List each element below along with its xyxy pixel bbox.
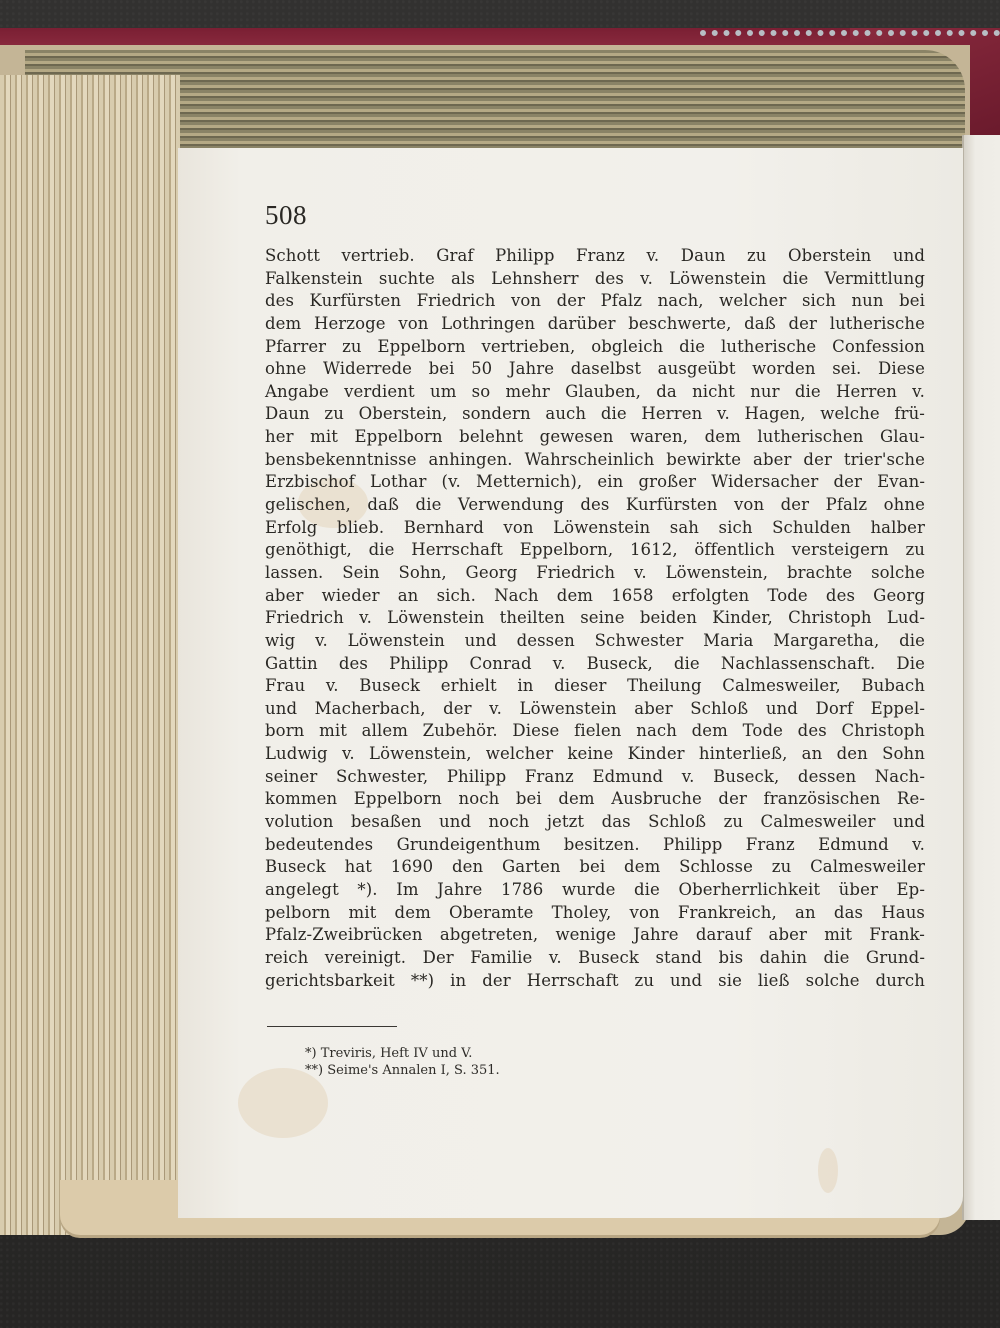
text-line: Ludwig v. Löwenstein, welcher keine Kind… (265, 743, 925, 766)
text-line: pelborn mit dem Oberamte Tholey, von Fra… (265, 902, 925, 925)
text-line: Schott vertrieb. Graf Philipp Franz v. D… (265, 245, 925, 268)
text-line: Pfalz-Zweibrücken abgetreten, wenige Jah… (265, 924, 925, 947)
text-line: aber wieder an sich. Nach dem 1658 erfol… (265, 585, 925, 608)
stain (818, 1148, 838, 1193)
text-line: kommen Eppelborn noch bei dem Ausbruche … (265, 788, 925, 811)
text-line: Pfarrer zu Eppelborn vertrieben, obgleic… (265, 336, 925, 359)
text-line: angelegt *). Im Jahre 1786 wurde die Obe… (265, 879, 925, 902)
page-text: 508 Schott vertrieb. Graf Philipp Franz … (265, 200, 925, 1079)
text-line: gelischen, daß die Verwendung des Kurfür… (265, 494, 925, 517)
text-line: des Kurfürsten Friedrich von der Pfalz n… (265, 290, 925, 313)
text-line: reich vereinigt. Der Familie v. Buseck s… (265, 947, 925, 970)
text-line: lassen. Sein Sohn, Georg Friedrich v. Lö… (265, 562, 925, 585)
text-line: her mit Eppelborn belehnt gewesen waren,… (265, 426, 925, 449)
page-edges-left (0, 75, 180, 1235)
text-line: bedeutendes Grundeigenthum besitzen. Phi… (265, 834, 925, 857)
text-line: Frau v. Buseck erhielt in dieser Theilun… (265, 675, 925, 698)
page-number: 508 (265, 200, 925, 231)
text-line: ohne Widerrede bei 50 Jahre daselbst aus… (265, 358, 925, 381)
footnote: *) Treviris, Heft IV und V. (305, 1045, 925, 1062)
text-line: Erfolg blieb. Bernhard von Löwenstein sa… (265, 517, 925, 540)
text-line: genöthigt, die Herrschaft Eppelborn, 161… (265, 539, 925, 562)
text-line: Angabe verdient um so mehr Glauben, da n… (265, 381, 925, 404)
text-line: dem Herzoge von Lothringen darüber besch… (265, 313, 925, 336)
text-line: volution besaßen und noch jetzt das Schl… (265, 811, 925, 834)
text-line: Erzbischof Lothar (v. Metternich), ein g… (265, 471, 925, 494)
text-line: seiner Schwester, Philipp Franz Edmund v… (265, 766, 925, 789)
footnote-rule (267, 1026, 397, 1027)
text-line: Buseck hat 1690 den Garten bei dem Schlo… (265, 856, 925, 879)
body-text: Schott vertrieb. Graf Philipp Franz v. D… (265, 245, 925, 992)
text-line: Friedrich v. Löwenstein theilten seine b… (265, 607, 925, 630)
text-line: und Macherbach, der v. Löwenstein aber S… (265, 698, 925, 721)
facing-page-edge (962, 135, 1000, 1220)
text-line: wig v. Löwenstein und dessen Schwester M… (265, 630, 925, 653)
text-line: Falkenstein suchte als Lehnsherr des v. … (265, 268, 925, 291)
text-line: gerichtsbarkeit **) in der Herrschaft zu… (265, 970, 925, 993)
text-line: Daun zu Oberstein, sondern auch die Herr… (265, 403, 925, 426)
text-line: Gattin des Philipp Conrad v. Buseck, die… (265, 653, 925, 676)
text-line: born mit allem Zubehör. Diese fielen nac… (265, 720, 925, 743)
text-line: bensbekenntnisse anhingen. Wahrscheinlic… (265, 449, 925, 472)
footnote: **) Seime's Annalen I, S. 351. (305, 1062, 925, 1079)
